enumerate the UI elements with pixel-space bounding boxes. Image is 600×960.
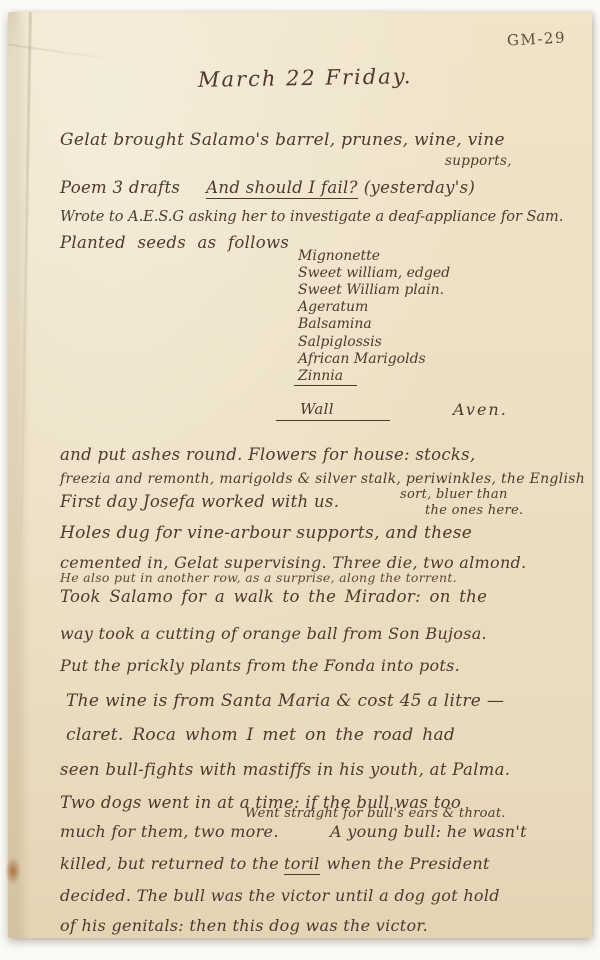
seed-list-item: Salpiglossis	[298, 334, 382, 350]
marginal-note-sort-bluer: sort, bluer than	[400, 487, 508, 502]
seed-list-wall-entry: Wall	[276, 400, 390, 418]
paper-crease-diagonal	[8, 44, 127, 63]
archive-mark: GM-29	[507, 28, 567, 49]
president-text: when the President	[327, 854, 490, 873]
diary-line-claret-roca: claret. Roca whom I met on the road had	[66, 725, 455, 745]
diary-line-holes-dug: Holes dug for vine-arbour supports, and …	[60, 523, 472, 543]
diary-line-wrote-aesg: Wrote to A.E.S.G asking her to investiga…	[60, 209, 563, 225]
diary-line-genitals-victor: of his genitals: then this dog was the v…	[60, 916, 428, 935]
diary-line-freezia: freezia and remonth, marigolds & silver …	[60, 471, 585, 487]
seed-list-item: Ageratum	[298, 299, 368, 315]
wall-label-underlined: Wall	[276, 400, 390, 421]
diary-line-josefa: First day Josefa worked with us.	[60, 492, 339, 511]
diary-line-wine-santa-maria: The wine is from Santa Maria & cost 45 a…	[66, 691, 504, 711]
two-more-text: much for them, two more.	[60, 822, 279, 841]
diary-line-toril: killed, but returned to thetorilwhen the…	[60, 854, 490, 873]
interlinear-note-another-row: He also put in another row, as a surpris…	[60, 570, 457, 585]
marginal-note-ones-here: the ones here.	[425, 503, 523, 518]
seed-list-item: Balsamina	[298, 316, 372, 332]
diary-line-gelat-carryover: supports,	[445, 153, 512, 169]
young-bull-text: A young bull: he wasn't	[330, 822, 527, 841]
seed-list-item: African Marigolds	[298, 351, 426, 367]
seed-list-item: Sweet William plain.	[298, 282, 444, 298]
diary-line-took-salamo: Took Salamo for a walk to the Mirador: o…	[60, 587, 487, 606]
killed-returned-text: killed, but returned to the	[60, 854, 279, 873]
poem-title-underlined: And should I fail?	[206, 178, 358, 199]
photograph-of-manuscript: { "colors": { "paper": "#ecdfc2", "ink":…	[0, 0, 600, 960]
poem-drafts-text: Poem 3 drafts	[60, 178, 180, 197]
paper-stain	[5, 857, 21, 885]
toril-underlined: toril	[284, 854, 319, 875]
diary-line-bull-victor: decided. The bull was the victor until a…	[60, 886, 500, 905]
diary-line-ashes-flowers: and put ashes round. Flowers for house: …	[60, 445, 476, 464]
paper-crease-vertical	[19, 12, 32, 568]
diary-line-gelat: Gelat brought Salamo's barrel, prunes, w…	[60, 130, 505, 150]
page-title-date: March 22 Friday.	[198, 64, 413, 92]
seed-list-item-underlined: Zinnia	[294, 368, 357, 386]
interlinear-note-ears-throat: Went straight for bull's ears & throat.	[245, 806, 506, 821]
aven-label: Aven.	[453, 400, 508, 419]
diary-line-orange-ball: way took a cutting of orange ball from S…	[60, 624, 487, 643]
diary-line-bull-fights: seen bull-fights with mastiffs in his yo…	[60, 760, 510, 779]
diary-line-poem: Poem 3 draftsAnd should I fail?(yesterda…	[60, 178, 475, 197]
diary-line-prickly-plants: Put the prickly plants from the Fonda in…	[60, 656, 460, 675]
poem-yesterdays-note: (yesterday's)	[364, 178, 475, 197]
seed-list-item: Sweet william, edged	[298, 265, 450, 281]
manuscript-page: GM-29 March 22 Friday. Gelat brought Sal…	[8, 12, 592, 938]
diary-line-planted-seeds: Planted seeds as follows	[60, 233, 289, 252]
seed-list-item: Mignonette	[298, 248, 380, 264]
diary-line-two-more: much for them, two more. A young bull: h…	[60, 822, 580, 841]
